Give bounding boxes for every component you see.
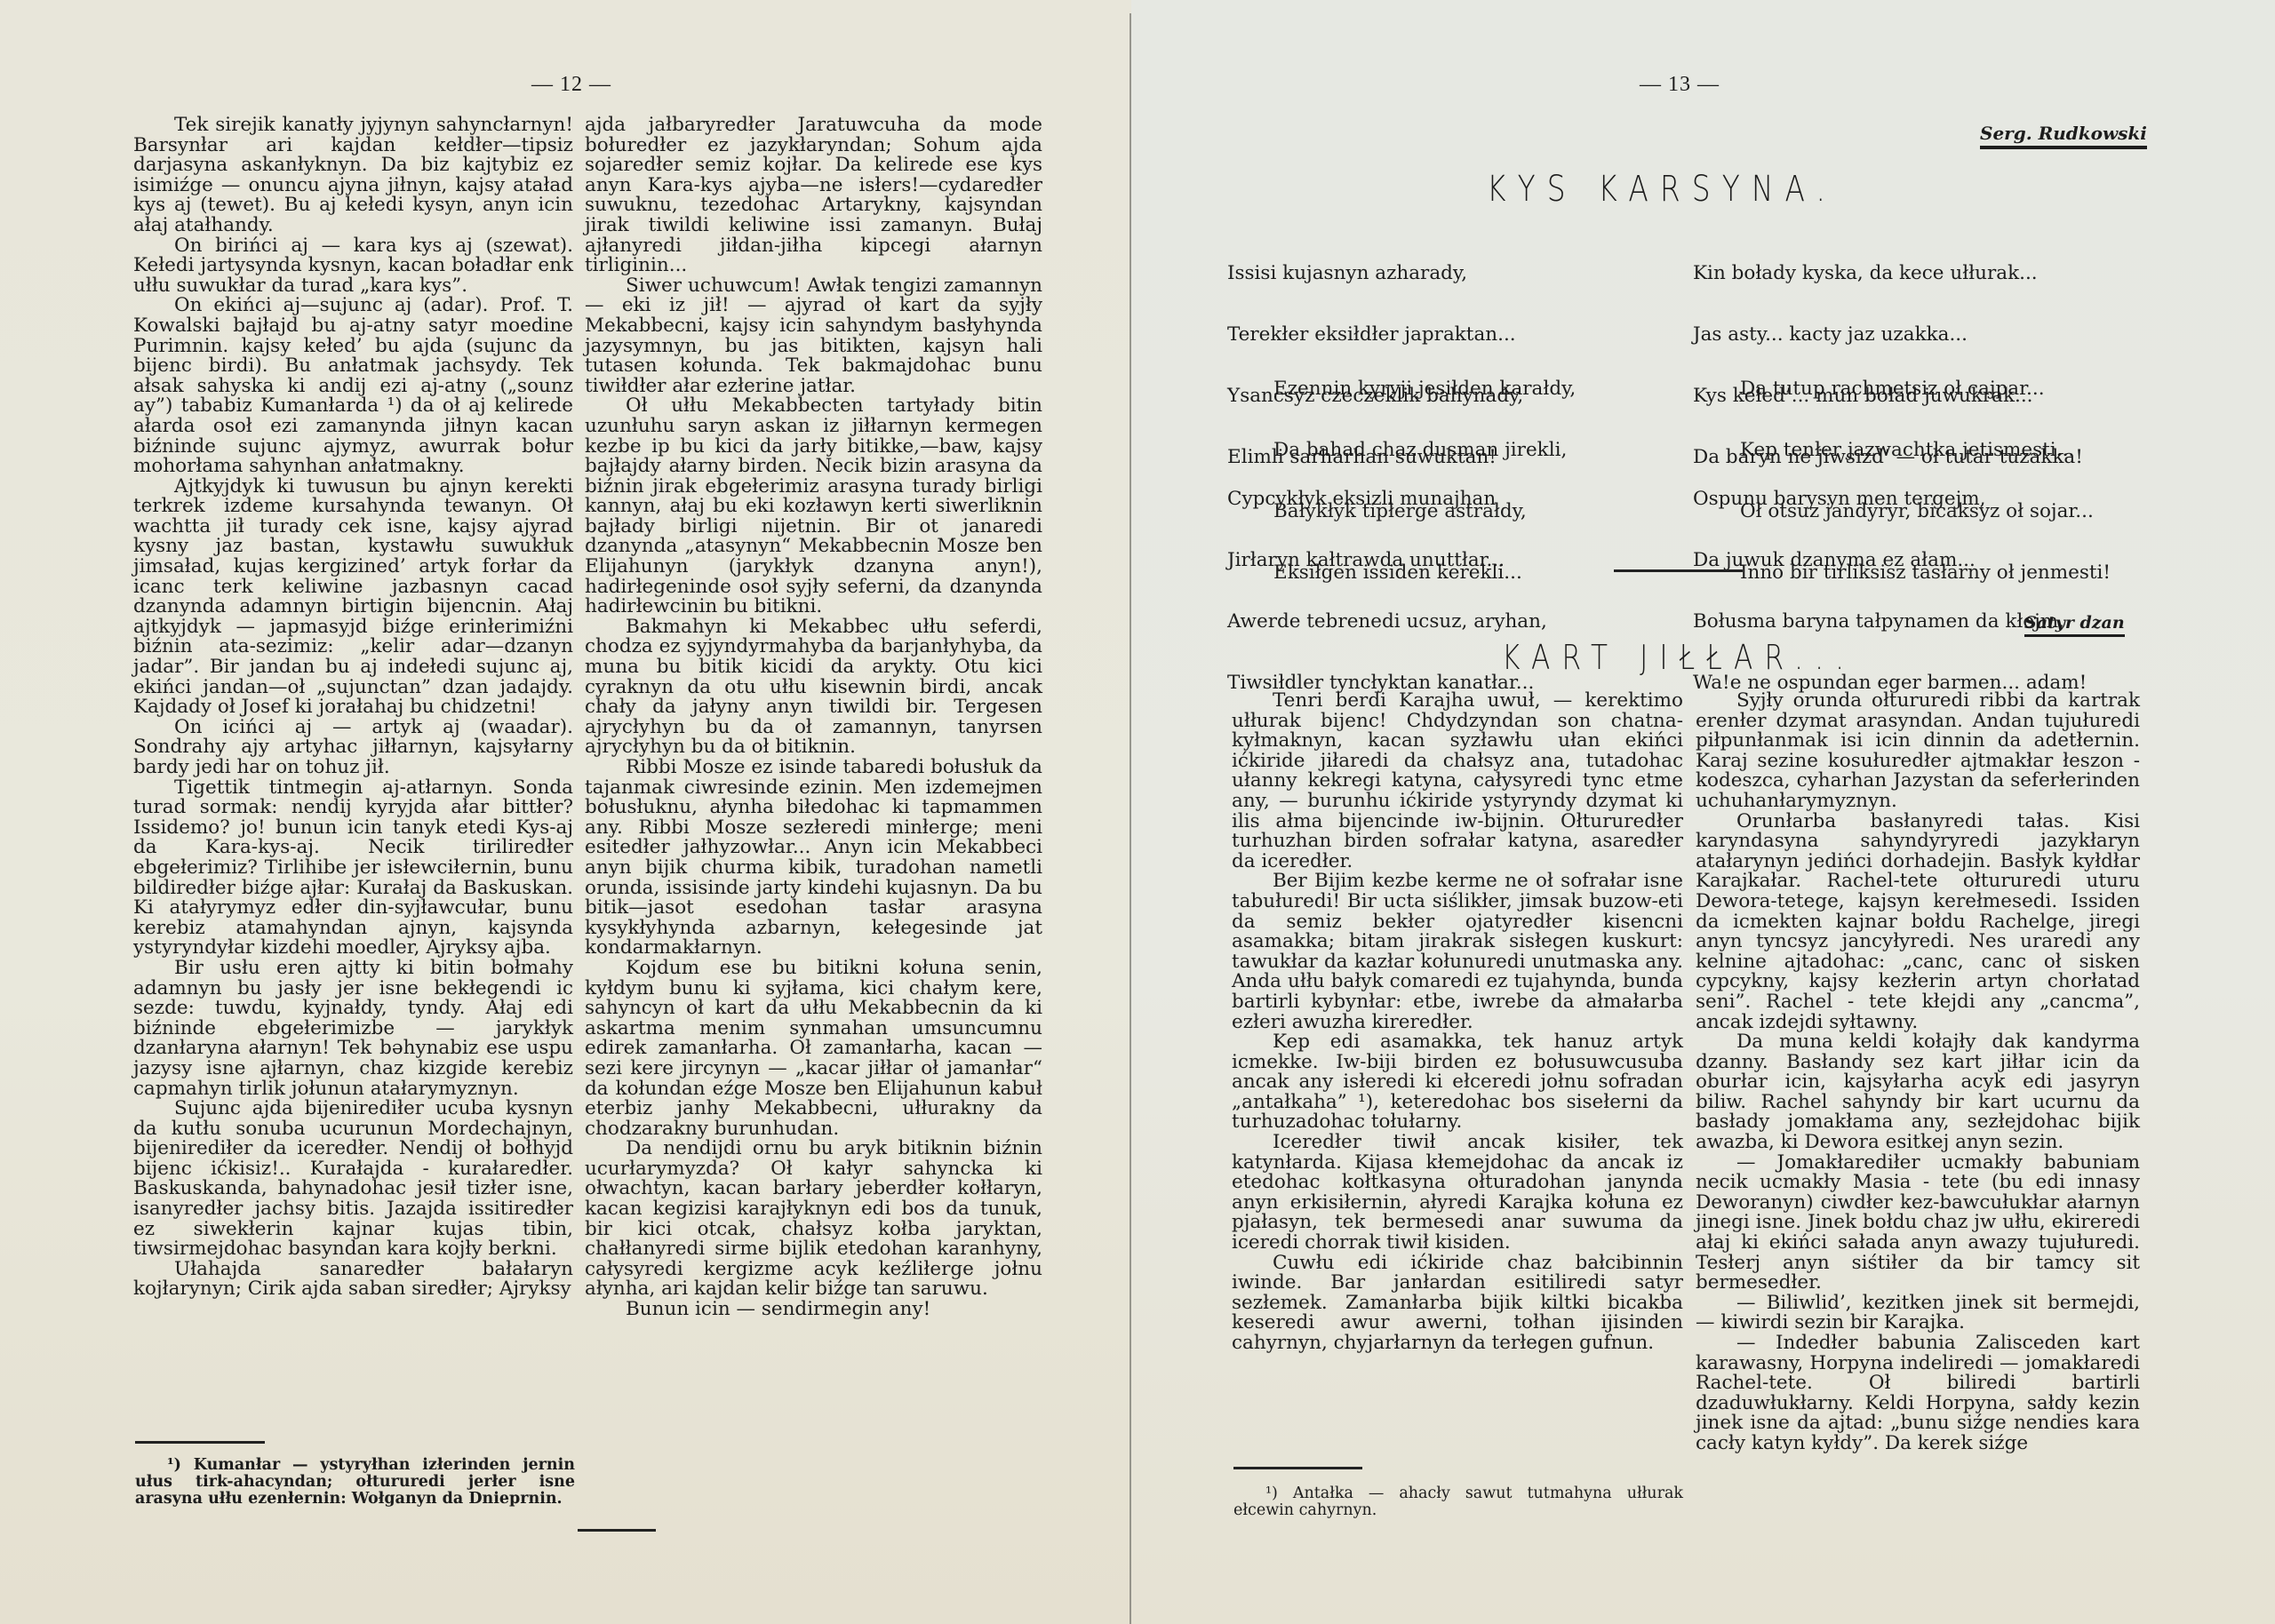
paragraph: On icińci aj — artyk aj (waadar). Sondra… <box>133 718 573 778</box>
paragraph: Da muna keldi kołajły dak kandyrma dzann… <box>1696 1032 2140 1153</box>
paragraph: Iceredłer tiwił ancak kisiłer, tek katyn… <box>1232 1133 1683 1254</box>
verse-line: Issisi kujasnyn azharady, <box>1227 263 1523 283</box>
paragraph: — Jomakłarediłer ucmakły babuniam necik … <box>1696 1153 2140 1294</box>
left-page-column-1: Tek sirejik kanatły jyjynyn sahyncłarnyn… <box>133 115 573 1300</box>
verse-line: Jirłaryn kałtrawda unuttłar... <box>1227 550 1547 570</box>
paragraph: Da nendijdi ornu bu aryk bitiknin biźnin… <box>585 1139 1042 1300</box>
verse-line: Da juwuk dzanyma ez ałam... <box>1693 550 2087 570</box>
paragraph: Syjły orunda ołtururedi ribbi da kartrak… <box>1696 691 2140 812</box>
paragraph: Siwer uchuwcum! Awłak tengizi zamannyn —… <box>585 276 1042 397</box>
footnote: ¹) Kumanłar — ystyryłhan izłerinden jern… <box>135 1457 575 1508</box>
story-title: KART JIŁŁAR... <box>1502 638 1856 677</box>
left-page-column-2: ajda jałbaryredłer Jaratuwcuha da mode b… <box>585 115 1042 1320</box>
poem-author: Serg. Rudkowski <box>1980 123 2147 149</box>
paragraph: Tek sirejik kanatły jyjynyn sahyncłarnyn… <box>133 115 573 236</box>
paragraph: Kep edi asamakka, tek hanuz artyk icmekk… <box>1232 1032 1683 1133</box>
paragraph: Kojdum ese bu bitikni kołuna senin, kyłd… <box>585 959 1042 1139</box>
footnote: ¹) Antałka — ahacły sawut tutmahyna ułłu… <box>1233 1485 1683 1519</box>
end-rule <box>578 1529 656 1532</box>
paragraph: — Indedłer babunia Zalisceden kart karaw… <box>1696 1333 2140 1454</box>
poem-title: KYS KARSYNA. <box>1487 169 1837 210</box>
verse-line: Awerde tebrenedi ucsuz, aryhan, <box>1227 611 1547 632</box>
paragraph: Ajtkyjdyk ki tuwusun bu ajnyn kerekti te… <box>133 477 573 718</box>
book-spread: — 12 — Tek sirejik kanatły jyjynyn sahyn… <box>0 0 2275 1624</box>
paragraph: Orunłarba basłanyredi tałas. Kisi karynd… <box>1696 812 2140 1033</box>
paragraph: On ekińci aj—sujunc aj (adar). Prof. T. … <box>133 296 573 476</box>
paragraph: Bakmahyn ki Mekabbec ułłu seferdi, chodz… <box>585 617 1042 758</box>
paragraph: Tigettik tintmegin aj-atłarnyn. Sonda tu… <box>133 778 573 959</box>
page-number: — 13 — <box>1640 73 1720 97</box>
paragraph: On birińci aj — kara kys aj (szewat). Ke… <box>133 236 573 297</box>
paragraph: Ribbi Mosze ez isinde tabaredi bołusłuk … <box>585 758 1042 959</box>
page-number: — 12 — <box>531 73 611 97</box>
paragraph: Oł ułłu Mekabbecten tartyłady bitin uzun… <box>585 396 1042 617</box>
paragraph: Tenri berdi Karajha uwuł, — kerektimo uł… <box>1232 691 1683 872</box>
left-page: — 12 — Tek sirejik kanatły jyjynyn sahyn… <box>0 0 1131 1624</box>
footnote-rule <box>135 1441 265 1444</box>
paragraph: Bunun icin — sendirmegin any! <box>585 1300 1042 1320</box>
footnote-rule <box>1233 1467 1362 1469</box>
verse-line: Kin bołady kyska, da kece ułłurak... <box>1693 263 2083 283</box>
verse-line: Cypcykłyk eksizli munajhan <box>1227 489 1547 509</box>
paragraph: Bir usłu eren ajtty ki bitin bołmahy ada… <box>133 959 573 1099</box>
paragraph: — Biliwlid’, kezitken jinek sit bermejdi… <box>1696 1294 2140 1333</box>
verse-line: Da tutup rachmetsiz oł cajpar... <box>1740 378 2111 399</box>
story-column-1: Tenri berdi Karajha uwuł, — kerektimo uł… <box>1232 691 1683 1354</box>
paragraph: Cuwłu edi ićkiride chaz bałcibinnin iwin… <box>1232 1254 1683 1354</box>
right-page: — 13 — Serg. Rudkowski KYS KARSYNA. Issi… <box>1131 0 2275 1624</box>
verse-line: Ezennin kyryji jesiłden karałdy, <box>1273 378 1576 399</box>
story-column-2: Syjły orunda ołtururedi ribbi da kartrak… <box>1696 691 2140 1454</box>
paragraph: Ber Bijim kezbe kerme ne oł sofrałar isn… <box>1232 872 1683 1032</box>
paragraph: Ułahajda sanaredłer bałałaryn kojłarynyn… <box>133 1260 573 1300</box>
paragraph: ajda jałbaryredłer Jaratuwcuha da mode b… <box>585 115 1042 276</box>
paragraph: Sujunc ajda bijenirediłer ucuba kysnyn d… <box>133 1099 573 1260</box>
verse-line: Ospunu barysyn men tergejm, <box>1693 489 2087 509</box>
section-separator <box>1614 569 1743 572</box>
story-author: Satyr dzan <box>2024 613 2125 637</box>
